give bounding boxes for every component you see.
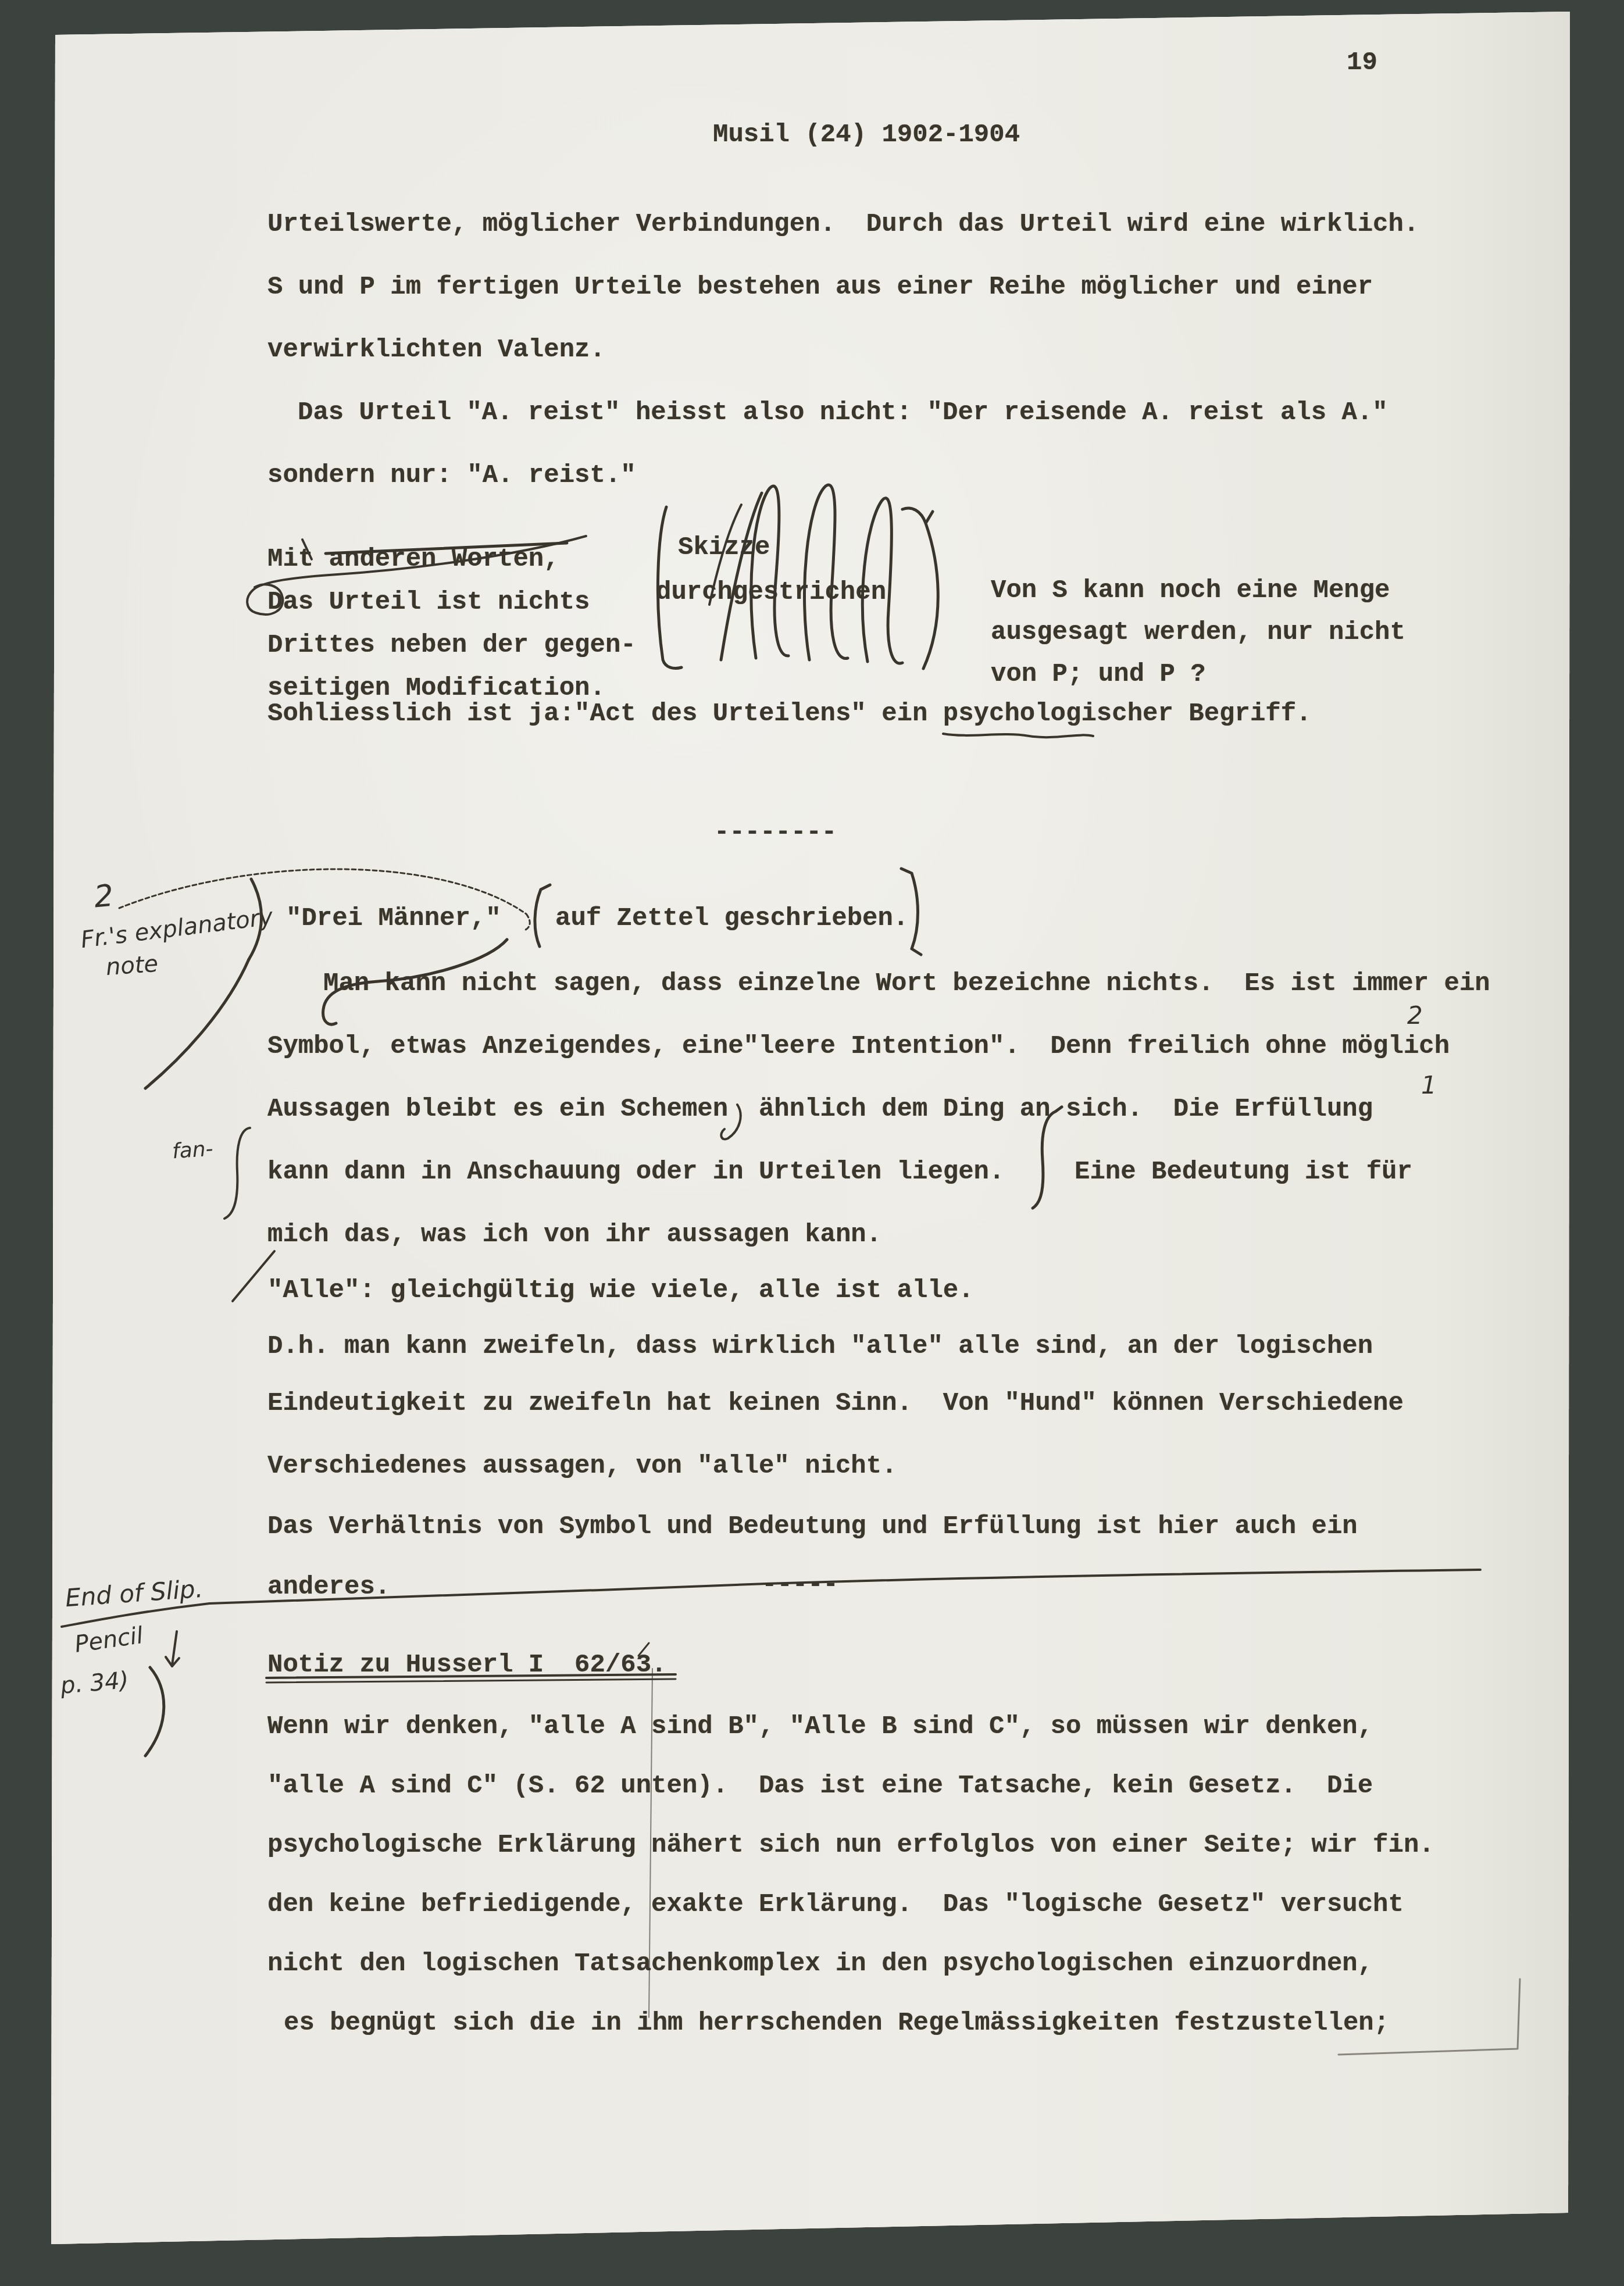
hw-strike-wave-and-circle [247, 536, 586, 615]
copy-shadow-corner [1339, 1979, 1520, 2055]
hw-pointer-arc [119, 869, 530, 930]
handwriting-overlay [0, 0, 1624, 2286]
typed-underline-heading-1 [266, 1674, 676, 1678]
hw-scribble-loop-1 [751, 486, 788, 658]
hw-underline-psycholog [943, 734, 1093, 737]
hw-paren-after-note [249, 879, 262, 959]
hw-bracket-open-zettel [535, 885, 550, 946]
hw-end-of-slip-line [62, 1570, 1480, 1627]
scanned-typescript-page: 19 Musil (24) 1902-1904 Urteilswerte, mö… [0, 0, 1624, 2286]
hw-scribble-loop-2 [805, 485, 848, 660]
hw-mit-slash [302, 540, 312, 559]
hw-long-sweep [145, 959, 249, 1088]
typed-underline-heading-2 [266, 1679, 676, 1683]
hw-bracket-eine [1033, 1107, 1062, 1208]
hw-bracket-left-skizze [658, 507, 681, 668]
hw-scribble-loop-3 [862, 498, 902, 663]
hw-slash-alle [233, 1251, 274, 1301]
hw-underline-drei-maenner [323, 940, 507, 1024]
hw-margin-integral [224, 1128, 250, 1219]
hw-scribble-stroke-1 [721, 493, 762, 660]
hw-bracket-right-skizze [902, 508, 938, 669]
hw-scribble-stroke-2 [709, 505, 741, 605]
hw-arrow-down [166, 1631, 179, 1666]
hw-paren-p34 [145, 1667, 164, 1756]
hw-inserted-comma [721, 1105, 740, 1139]
hw-tick-63 [638, 1643, 649, 1656]
hw-bracket-close-zettel [901, 869, 921, 955]
paper-crease [649, 1669, 652, 2017]
